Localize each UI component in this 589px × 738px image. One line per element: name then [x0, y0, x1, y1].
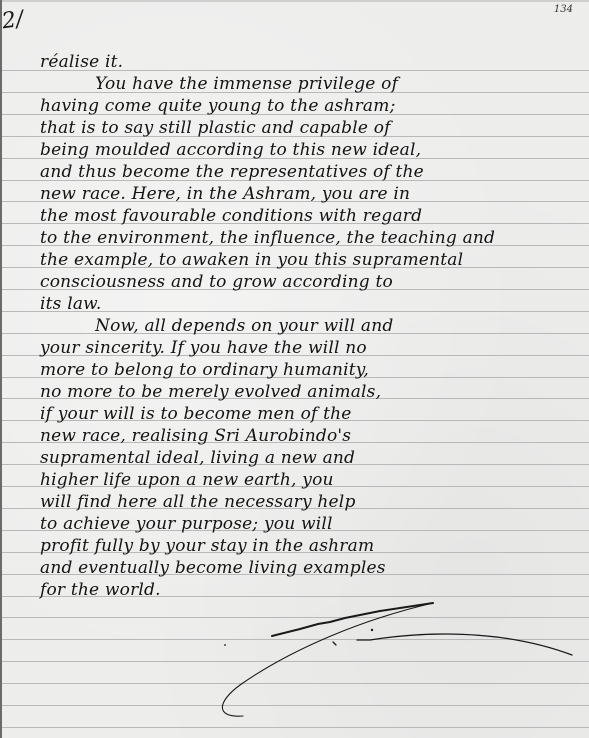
ruled-line	[2, 683, 589, 684]
manuscript-page: 2/ 134 réalise it.You have the immense p…	[0, 0, 589, 738]
letter-line: the example, to awaken in you this supra…	[40, 249, 580, 271]
page-top-edge	[0, 0, 589, 2]
letter-line: and thus become the representatives of t…	[40, 161, 580, 183]
letter-line: the most favourable conditions with rega…	[40, 205, 580, 227]
ruled-line	[2, 617, 589, 618]
letter-line: réalise it.	[40, 51, 580, 73]
letter-line: Now, all depends on your will and	[40, 315, 580, 337]
letter-line: You have the immense privilege of	[40, 73, 580, 95]
letter-line: being moulded according to this new idea…	[40, 139, 580, 161]
letter-line: your sincerity. If you have the will no	[40, 337, 580, 359]
letter-line: profit fully by your stay in the ashram	[40, 535, 580, 557]
letter-line: having come quite young to the ashram;	[40, 95, 580, 117]
letter-line: will find here all the necessary help	[40, 491, 580, 513]
letter-line: no more to be merely evolved animals,	[40, 381, 580, 403]
letter-line: its law.	[40, 293, 580, 315]
letter-line: new race, realising Sri Aurobindo's	[40, 425, 580, 447]
ruled-line	[2, 705, 589, 706]
letter-line: that is to say still plastic and capable…	[40, 117, 580, 139]
page-left-edge	[0, 0, 2, 738]
letter-line: higher life upon a new earth, you	[40, 469, 580, 491]
letter-line: more to belong to ordinary humanity,	[40, 359, 580, 381]
page-number: 134	[554, 4, 573, 15]
letter-line: if your will is to become men of the	[40, 403, 580, 425]
ruled-line	[2, 639, 589, 640]
folio-mark: 2/	[0, 7, 25, 35]
ruled-line	[2, 661, 589, 662]
letter-line: to the environment, the influence, the t…	[40, 227, 580, 249]
letter-line: and eventually become living examples	[40, 557, 580, 579]
ruled-line	[2, 727, 589, 728]
letter-line: to achieve your purpose; you will	[40, 513, 580, 535]
letter-line: supramental ideal, living a new and	[40, 447, 580, 469]
letter-line: consciousness and to grow according to	[40, 271, 580, 293]
letter-line: new race. Here, in the Ashram, you are i…	[40, 183, 580, 205]
letter-line: for the world.	[40, 579, 580, 601]
handwritten-letter: réalise it.You have the immense privileg…	[40, 51, 580, 601]
